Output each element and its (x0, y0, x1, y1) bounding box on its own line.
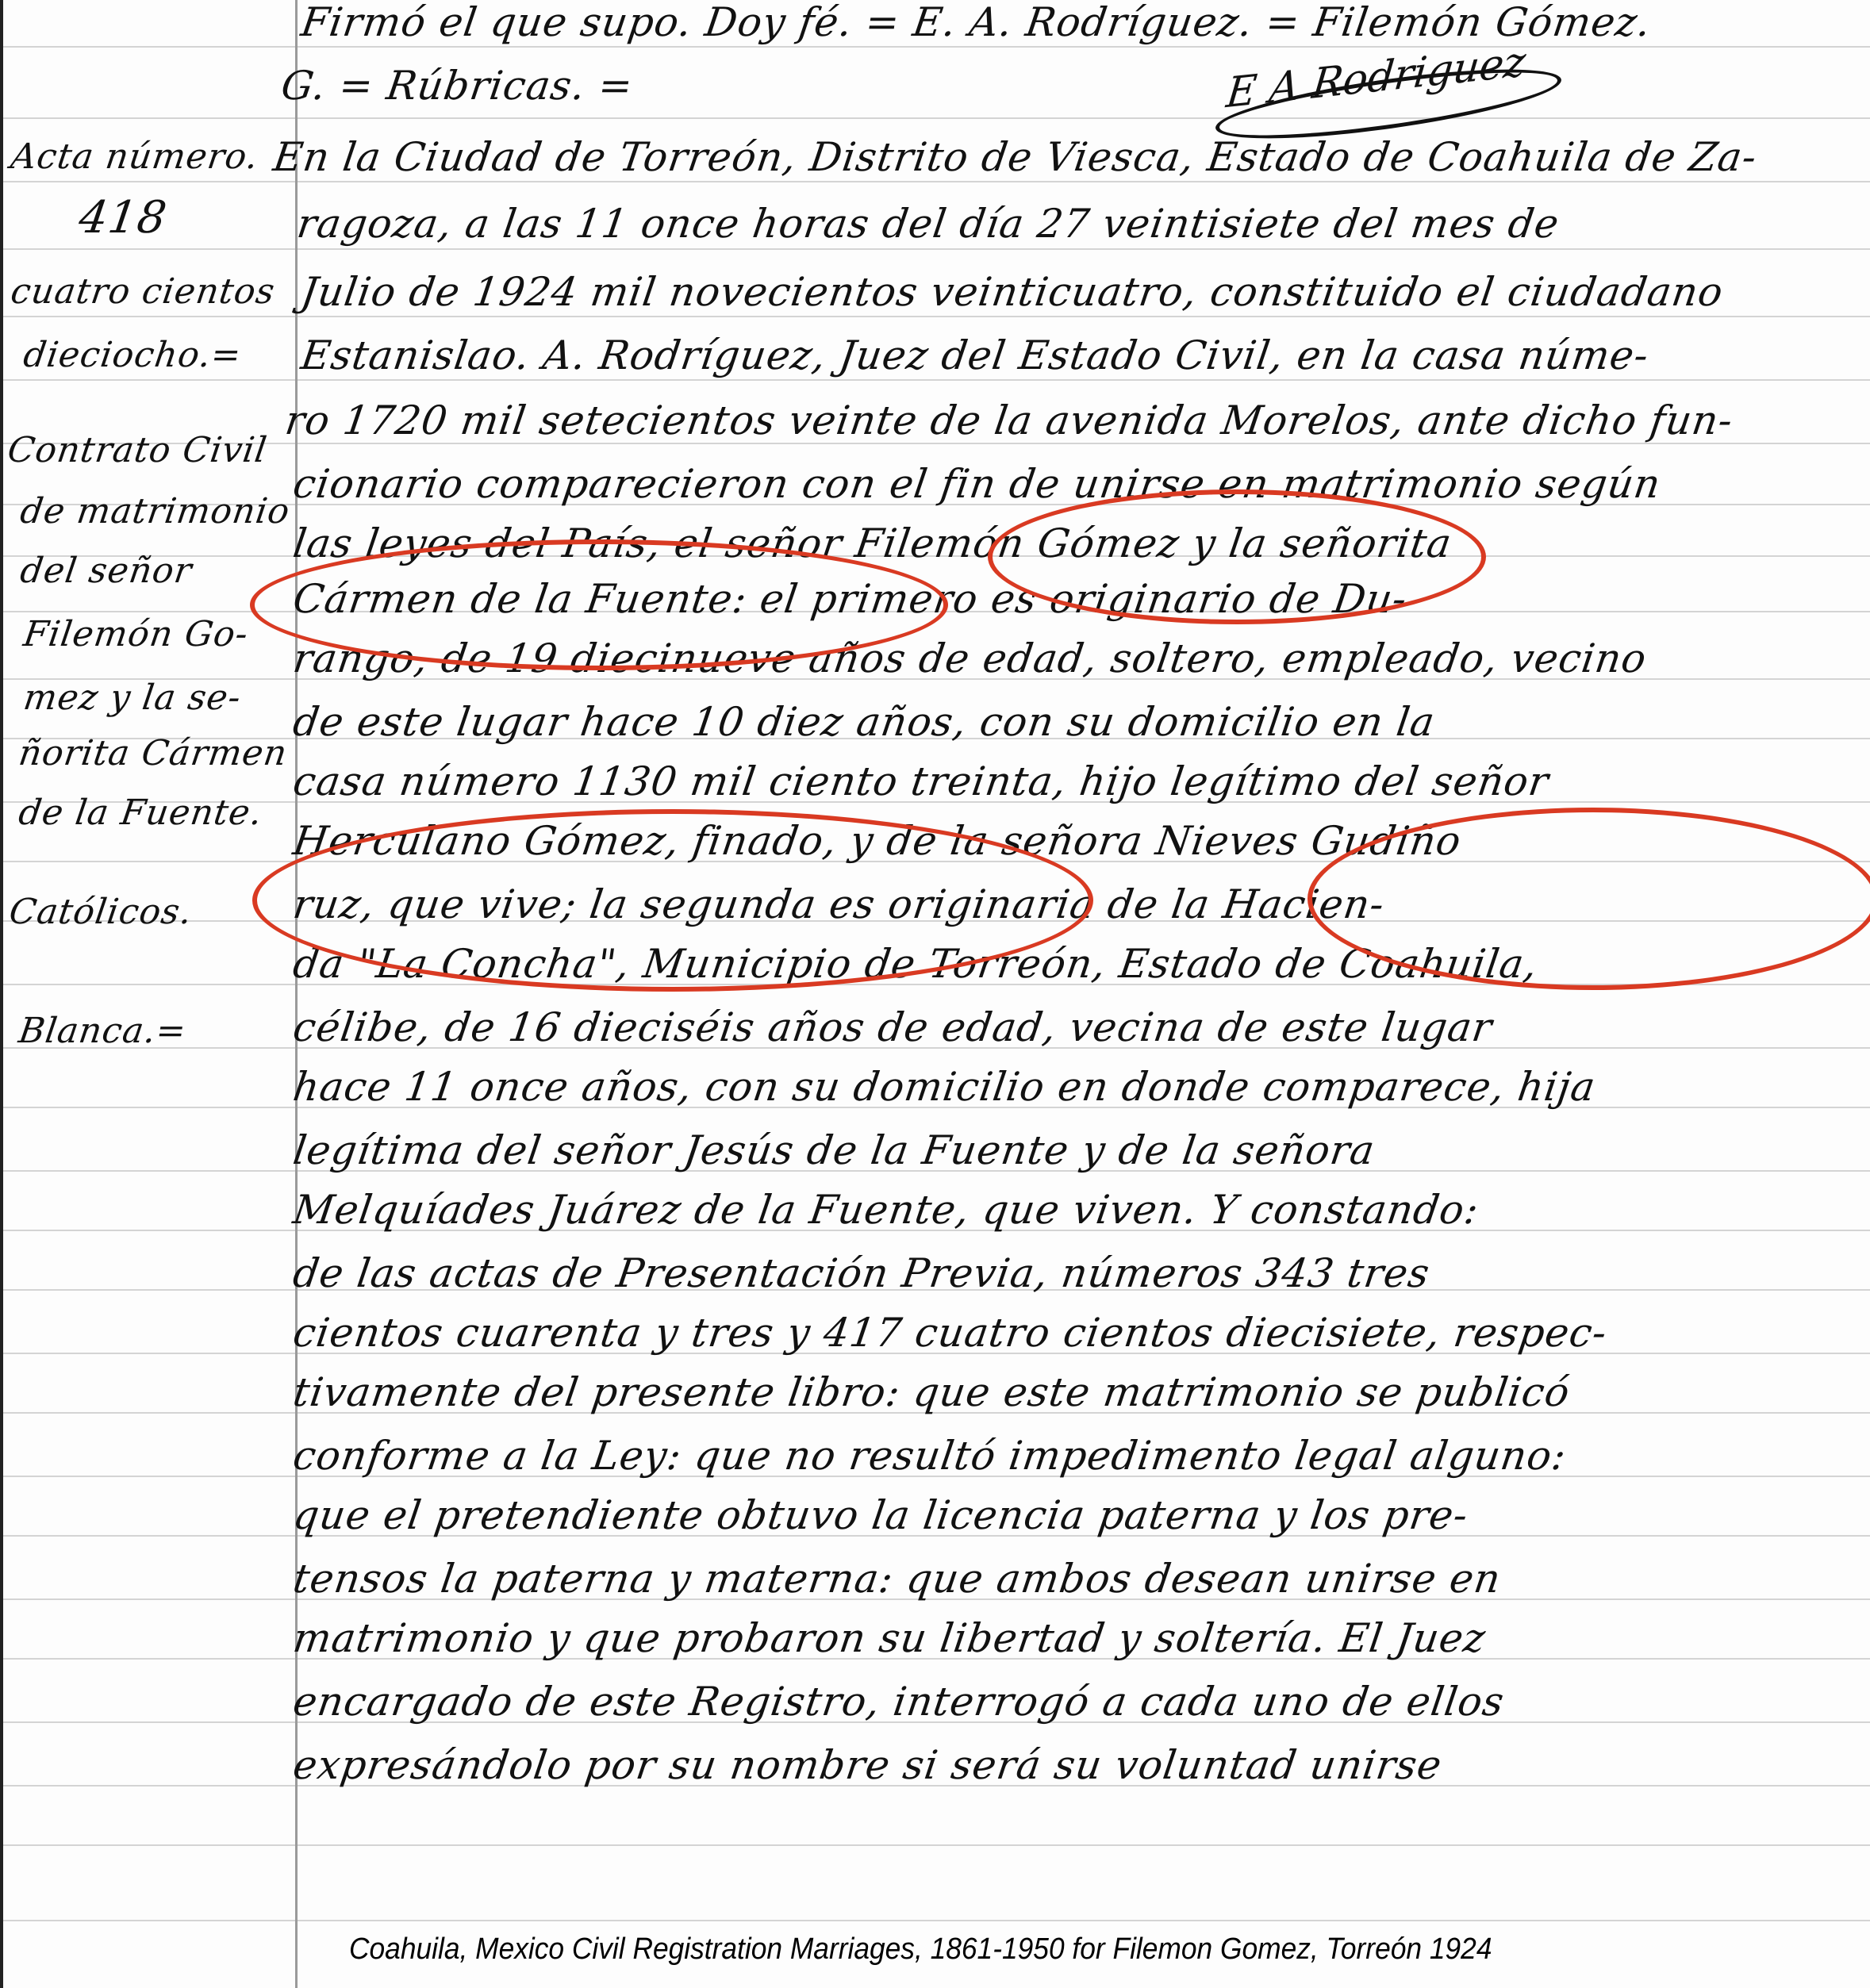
record-page: Acta número. 418 cuatro cientos diecioch… (0, 0, 1870, 1988)
body-line: Estanislao. A. Rodríguez, Juez del Estad… (298, 332, 1652, 379)
margin-note-number-words-1: cuatro cientos (8, 268, 278, 316)
margin-note-bride: ñorita Cármen (16, 730, 290, 777)
body-line: hace 11 once años, con su domicilio en d… (290, 1063, 1599, 1111)
body-line: Melquíades Juárez de la Fuente, que vive… (290, 1186, 1482, 1234)
body-line: G. = Rúbricas. = (278, 62, 636, 109)
ruled-line (3, 248, 1870, 250)
margin-note-contract: Contrato Civil (5, 427, 271, 474)
image-caption: Coahuila, Mexico Civil Registration Marr… (349, 1932, 1492, 1967)
body-line: expresándolo por su nombre si será su vo… (290, 1741, 1446, 1789)
ruled-line (3, 117, 1870, 119)
highlight-groom (988, 489, 1486, 624)
ruled-line (3, 46, 1870, 48)
body-line: tivamente del presente libro: que este m… (290, 1368, 1573, 1416)
margin-note-number: 418 (76, 194, 170, 242)
margin-note-groom-cont: mez y la se- (21, 674, 244, 722)
body-line: legítima del señor Jesús de la Fuente y … (290, 1126, 1378, 1174)
ruled-line (3, 181, 1870, 182)
ruled-line (3, 316, 1870, 317)
page-edge (0, 0, 3, 1988)
margin-note-senor: del señor (17, 547, 195, 595)
ruled-line (3, 1920, 1870, 1921)
body-line: Firmó el que supo. Doy fé. = E. A. Rodrí… (298, 0, 1654, 46)
body-line: conforme a la Ley: que no resultó impedi… (290, 1432, 1569, 1479)
margin-note-acta: Acta número. (8, 133, 262, 181)
body-line: cientos cuarenta y tres y 417 cuatro cie… (290, 1309, 1611, 1357)
highlight-groom-mother (1307, 808, 1870, 990)
margin-note-matrimonio: de matrimonio (17, 488, 293, 535)
body-line: cionario comparecieron con el fin de uni… (290, 460, 1664, 508)
body-line: encargado de este Registro, interrogó a … (290, 1678, 1507, 1725)
body-line: que el pretendiente obtuvo la licencia p… (290, 1491, 1472, 1539)
body-line: tensos la paterna y materna: que ambos d… (290, 1555, 1504, 1602)
body-line: de las actas de Presentación Previa, núm… (290, 1249, 1433, 1297)
highlight-groom-father (252, 809, 1093, 992)
body-line: Julio de 1924 mil novecientos veinticuat… (298, 268, 1726, 316)
body-line: célibe, de 16 dieciséis años de edad, ve… (290, 1004, 1496, 1051)
margin-note-number-words-2: dieciocho.= (21, 332, 244, 379)
body-line: ragoza, a las 11 once horas del día 27 v… (294, 200, 1562, 248)
body-line: En la Ciudad de Torreón, Distrito de Vie… (271, 133, 1761, 181)
body-line: de este lugar hace 10 diez años, con su … (290, 698, 1438, 746)
ruled-line (3, 379, 1870, 381)
margin-note-bride-cont: de la Fuente. (16, 789, 266, 837)
highlight-bride (250, 539, 948, 670)
body-line: casa número 1130 mil ciento treinta, hij… (290, 758, 1552, 805)
body-line: ro 1720 mil setecientos veinte de la ave… (282, 397, 1736, 444)
margin-note-race: Blanca.= (16, 1007, 190, 1055)
body-line: matrimonio y que probaron su libertad y … (290, 1614, 1489, 1662)
margin-note-groom: Filemón Go- (21, 611, 252, 658)
ruled-line (3, 1844, 1870, 1846)
margin-note-religion: Católicos. (6, 888, 195, 936)
